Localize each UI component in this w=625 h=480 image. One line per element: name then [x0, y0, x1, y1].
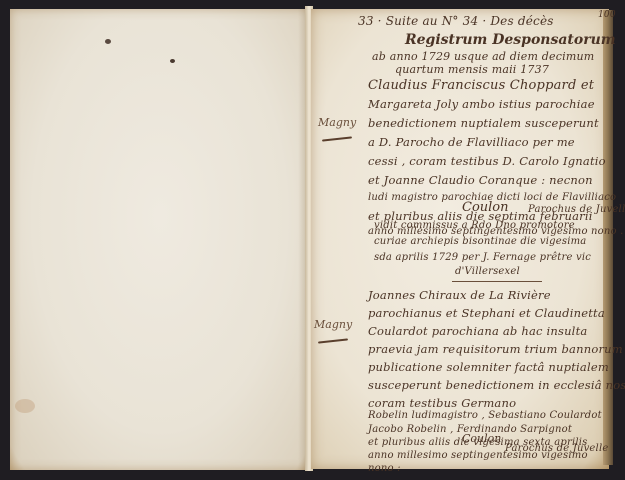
- entry-line: Robelin ludimagistro , Sebastiano Coular…: [368, 410, 602, 421]
- entry-line: praevia jam requisitorum trium bannorum: [368, 342, 623, 356]
- stain: [15, 399, 35, 413]
- entry-line: et Joanne Claudio Coranque : necnon: [368, 173, 593, 187]
- entry-line: Margareta Joly ambo istius parochiae: [368, 97, 595, 111]
- annotation-line: vidit commissus a Rdo Dno promotore: [374, 220, 575, 231]
- margin-note: Magny: [318, 116, 356, 129]
- entry-line: parochianus et Stephani et Claudinetta: [368, 306, 605, 320]
- margin-note: Magny: [314, 318, 352, 331]
- subtitle-line-1: ab anno 1729 usque ad diem decimum: [372, 50, 594, 63]
- divider-rule: [452, 281, 542, 282]
- signature-title: Parochus de Juvelle: [528, 204, 625, 215]
- subtitle-line-2: quartum mensis maii 1737: [395, 63, 549, 76]
- register-title: Registrum Desponsatorum: [405, 32, 616, 48]
- page-edges: [603, 10, 613, 465]
- signature: Coulon: [462, 432, 501, 445]
- annotation-line: d'Villersexel: [455, 266, 520, 277]
- annotation-line: sda aprilis 1729 per J. Fernage prêtre v…: [374, 252, 591, 263]
- entry-line: cessi , coram testibus D. Carolo Ignatio: [368, 154, 606, 168]
- entry-line: Coulardot parochiana ab hac insulta: [368, 324, 587, 338]
- folio-number: 100: [598, 10, 616, 20]
- entry-line: Joannes Chiraux de La Rivière: [368, 288, 551, 302]
- entry-line: susceperunt benedictionem in ecclesiâ no…: [368, 378, 625, 392]
- ink-spot: [105, 39, 111, 44]
- signature-title: Parochus de Juvelle: [505, 443, 608, 454]
- entry-line: a D. Parocho de Flavilliaco per me: [368, 135, 575, 149]
- header-line: 33 · Suite au N° 34 · Des décès: [358, 14, 554, 28]
- ink-spot: [170, 59, 175, 63]
- entry-line: coram testibus Germano: [368, 396, 516, 410]
- entry-line: publicatione solemniter factâ nuptialem: [368, 360, 609, 374]
- left-page-blank: [10, 9, 310, 470]
- signature: Coulon: [462, 200, 509, 215]
- entry-line: benedictionem nuptialem susceperunt: [368, 116, 599, 130]
- entry-line: Claudius Franciscus Choppard et: [368, 78, 594, 93]
- annotation-line: curiae archiepis bisontinae die vigesima: [374, 236, 586, 247]
- entry-line: nono :: [368, 463, 401, 474]
